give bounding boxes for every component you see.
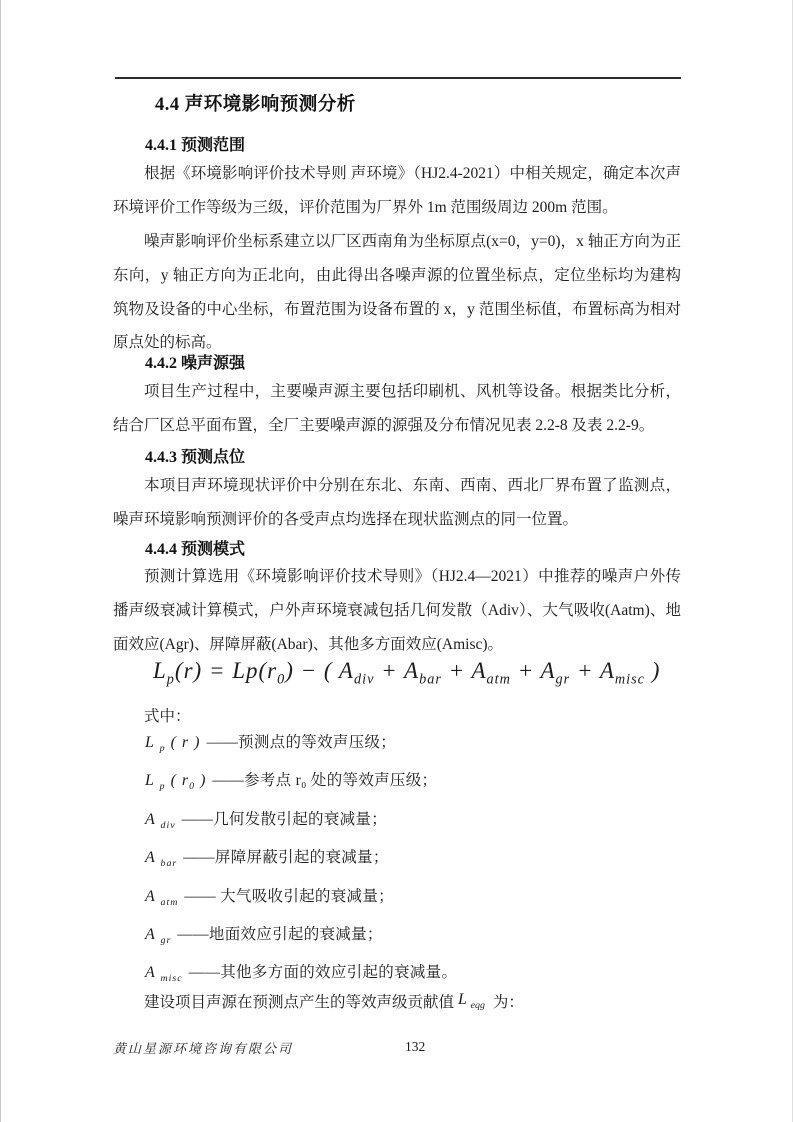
paragraph-noise-sources: 项目生产过程中，主要噪声源主要包括印刷机、风机等设备。根据类比分析，结合厂区总平… xyxy=(113,375,681,443)
heading-4-4-1: 4.4.1 预测范围 xyxy=(145,132,245,155)
definition-description: ——屏障屏蔽引起的衰减量； xyxy=(183,845,388,867)
page-title: 4.4 声环境影响预测分析 xyxy=(155,90,356,116)
definition-symbol: A atm xyxy=(145,888,178,906)
where-label: 式中： xyxy=(144,704,191,726)
footer-page-number: 132 xyxy=(405,1039,425,1055)
heading-4-4-4: 4.4.4 预测模式 xyxy=(145,536,245,559)
footer-company-name: 黄山星源环境咨询有限公司 xyxy=(113,1038,293,1057)
paragraph-prediction-scope-1: 根据《环境影响评价技术导则 声环境》（HJ2.4-2021）中相关规定，确定本次… xyxy=(113,157,681,225)
leq-symbol: L eqg xyxy=(458,991,485,1008)
definition-symbol: L p ( r0 ) xyxy=(145,772,206,790)
definition-item: A gr——地面效应引起的衰减量； xyxy=(145,922,685,960)
definition-symbol: A div xyxy=(145,811,176,829)
definition-symbol: A misc xyxy=(145,964,183,982)
definition-description: ——其他多方面的效应引起的衰减量。 xyxy=(189,960,458,982)
closing-paragraph: 建设项目声源在预测点产生的等效声级贡献值L eqg 为： xyxy=(113,986,713,1020)
heading-4-4-3: 4.4.3 预测点位 xyxy=(145,444,245,467)
definition-description: ——地面效应引起的衰减量； xyxy=(177,922,382,944)
definition-symbol: L p ( r ) xyxy=(145,734,200,752)
definition-description: ——几何发散引起的衰减量； xyxy=(182,807,387,829)
closing-suffix: 为： xyxy=(489,994,524,1011)
definition-item: L p ( r )——预测点的等效声压级； xyxy=(145,730,685,768)
definition-symbol: A bar xyxy=(145,849,177,867)
heading-4-4-2: 4.4.2 噪声源强 xyxy=(145,350,245,373)
header-rule xyxy=(115,77,681,79)
closing-prefix: 建设项目声源在预测点产生的等效声级贡献值 xyxy=(144,994,454,1011)
definition-description: —— 大气吸收引起的衰减量； xyxy=(184,884,394,906)
definition-list: L p ( r )——预测点的等效声压级；L p ( r0 )——参考点 r₀ … xyxy=(145,730,685,999)
definition-item: A bar——屏障屏蔽引起的衰减量； xyxy=(145,845,685,883)
definition-item: L p ( r0 )——参考点 r₀ 处的等效声压级； xyxy=(145,768,685,806)
noise-attenuation-formula: Lp(r) = Lp(r0) − ( Adiv + Abar + Aatm + … xyxy=(153,658,660,684)
document-page: 4.4 声环境影响预测分析 4.4.1 预测范围 根据《环境影响评价技术导则 声… xyxy=(0,0,793,1122)
definition-description: ——参考点 r₀ 处的等效声压级； xyxy=(212,768,437,790)
definition-item: A div——几何发散引起的衰减量； xyxy=(145,807,685,845)
paragraph-prediction-model: 预测计算选用《环境影响评价技术导则》（HJ2.4—2021）中推荐的噪声户外传播… xyxy=(113,560,681,661)
definition-description: ——预测点的等效声压级； xyxy=(206,730,396,752)
definition-item: A atm—— 大气吸收引起的衰减量； xyxy=(145,884,685,922)
paragraph-prediction-scope-2: 噪声影响评价坐标系建立以厂区西南角为坐标原点(x=0，y=0)，x 轴正方向为正… xyxy=(113,225,681,360)
paragraph-prediction-points: 本项目声环境现状评价中分别在东北、东南、西南、西北厂界布置了监测点，噪声环境影响… xyxy=(113,469,681,537)
definition-symbol: A gr xyxy=(145,926,171,944)
